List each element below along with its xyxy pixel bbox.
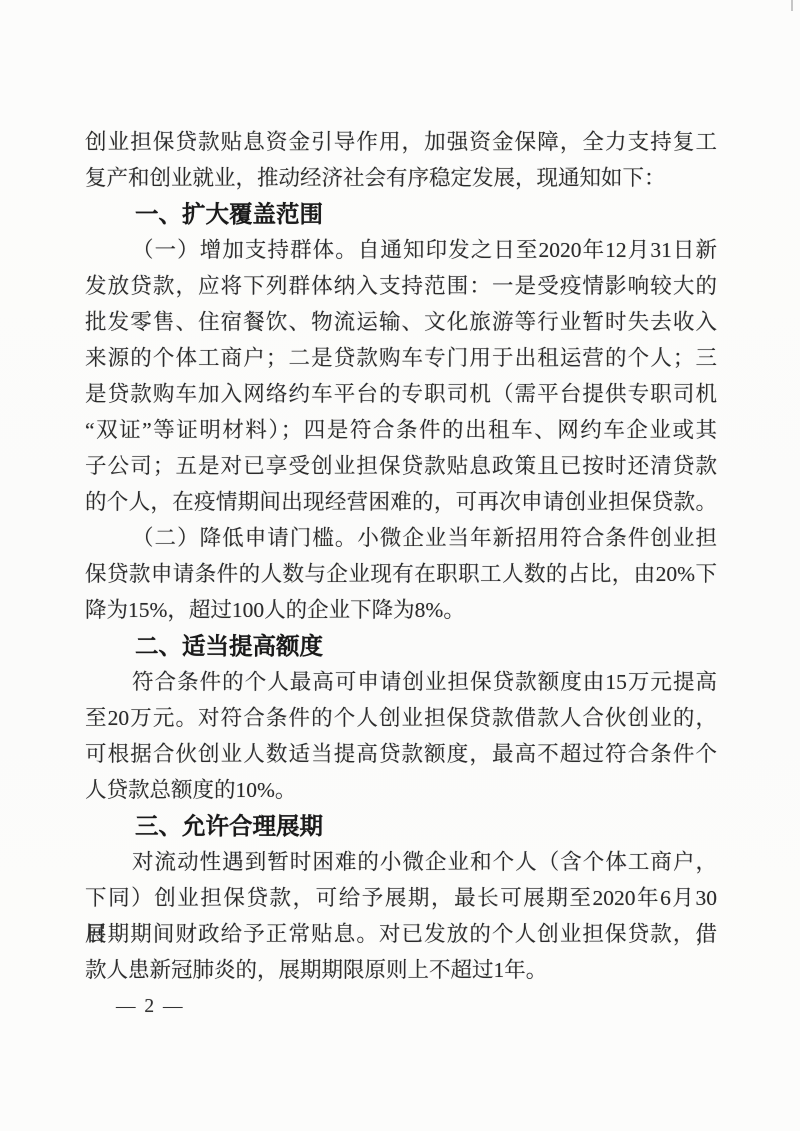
text-line: 可根据合伙创业人数适当提高贷款额度，最高不超过符合条件个: [85, 736, 717, 772]
text-line: 发放贷款，应将下列群体纳入支持范围：一是受疫情影响较大的: [85, 268, 717, 304]
text-line: 展期期间财政给予正常贴息。对已发放的个人创业担保贷款，借: [85, 916, 717, 952]
section-heading-1: 一、扩大覆盖范围: [85, 196, 717, 232]
text-line: 至20万元。对符合条件的个人创业担保贷款借款人合伙创业的，: [85, 700, 717, 736]
text-line: 款人患新冠肺炎的，展期期限原则上不超过1年。: [85, 952, 717, 988]
page-number: — 2 —: [116, 996, 185, 1018]
text-line: 创业担保贷款贴息资金引导作用，加强资金保障，全力支持复工: [85, 124, 717, 160]
scanned-document-page: 创业担保贷款贴息资金引导作用，加强资金保障，全力支持复工 复产和创业就业，推动经…: [0, 0, 800, 1131]
text-line: （二）降低申请门槛。小微企业当年新招用符合条件创业担: [85, 520, 717, 556]
text-line: 对流动性遇到暂时困难的小微企业和个人（含个体工商户，: [85, 844, 717, 880]
text-line: 来源的个体工商户；二是贷款购车专门用于出租运营的个人；三: [85, 340, 717, 376]
text-line: 批发零售、住宿餐饮、物流运输、文化旅游等行业暂时失去收入: [85, 304, 717, 340]
text-line: 保贷款申请条件的人数与企业现有在职职工人数的占比，由20%下: [85, 556, 717, 592]
scan-edge-artifact: [791, 0, 793, 11]
text-line: 是贷款购车加入网络约车平台的专职司机（需平台提供专职司机: [85, 376, 717, 412]
text-line: 子公司；五是对已享受创业担保贷款贴息政策且已按时还清贷款: [85, 448, 717, 484]
text-line: 的个人，在疫情期间出现经营困难的，可再次申请创业担保贷款。: [85, 484, 717, 520]
text-line: 人贷款总额度的10%。: [85, 772, 717, 808]
section-heading-2: 二、适当提高额度: [85, 628, 717, 664]
text-line: 符合条件的个人最高可申请创业担保贷款额度由15万元提高: [85, 664, 717, 700]
section-heading-3: 三、允许合理展期: [85, 808, 717, 844]
text-line: 降为15%，超过100人的企业下降为8%。: [85, 592, 717, 628]
text-line: （一）增加支持群体。自通知印发之日至2020年12月31日新: [85, 232, 717, 268]
document-text-block: 创业担保贷款贴息资金引导作用，加强资金保障，全力支持复工 复产和创业就业，推动经…: [85, 124, 717, 988]
text-line: 下同）创业担保贷款，可给予展期，最长可展期至2020年6月30日，: [85, 880, 717, 916]
text-line: “双证”等证明材料）；四是符合条件的出租车、网约车企业或其: [85, 412, 717, 448]
text-line: 复产和创业就业，推动经济社会有序稳定发展，现通知如下：: [85, 160, 717, 196]
